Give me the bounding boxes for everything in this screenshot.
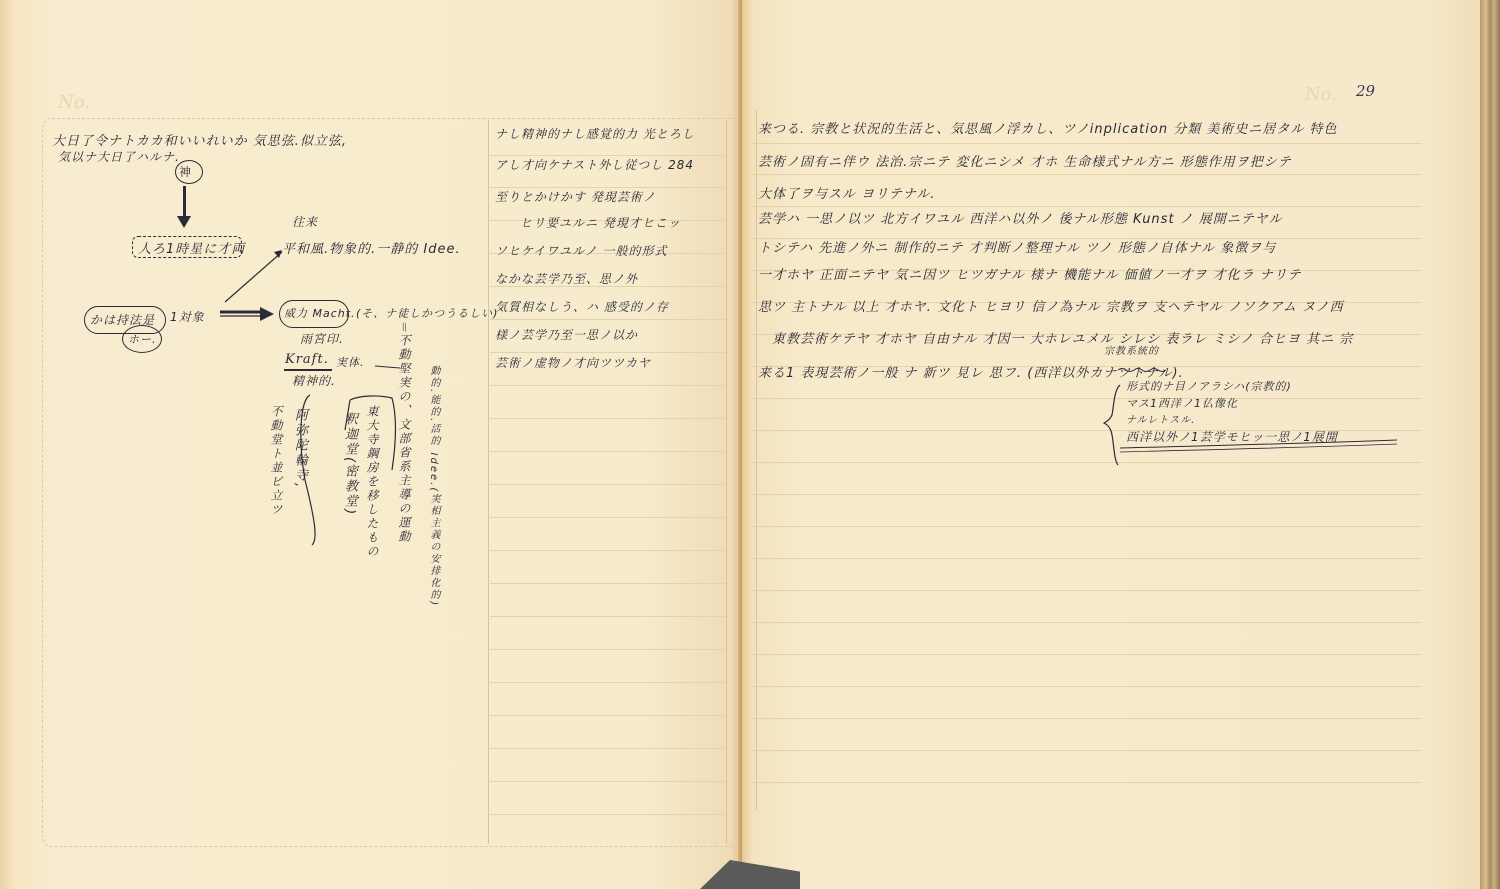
vertical-col-2: 阿弥陀輪寺, xyxy=(290,408,309,528)
left-page: No. 大日了令ナトカカ xyxy=(0,0,742,889)
open-notebook: No. 大日了令ナトカカ xyxy=(0,0,1500,889)
column-line: 様ノ芸学乃至一思ノ以か xyxy=(495,326,638,343)
kraft-sub: 精神的. xyxy=(292,372,336,389)
column-line: ヒリ要ユルニ 発現才ヒこッ xyxy=(520,214,681,231)
power-node-note: (そ、ナ徒しかつうるしい) xyxy=(356,305,498,321)
kraft-label: Kraft. xyxy=(285,352,329,367)
power-node-label: 威力 Macht. xyxy=(284,305,356,321)
kraft-suffix: 実体. xyxy=(336,354,365,370)
vertical-col-1: 不動堂ト並ビ立ツ xyxy=(268,405,285,525)
bracket-item: 形式的ナ目ノアラシハ(宗教的) xyxy=(1126,378,1292,394)
page-stack-edge xyxy=(1480,0,1500,889)
column-line: 至りとかけかす 発現芸術ノ xyxy=(495,188,656,205)
vertical-main-text: ＝不動堅実の、文部省系主導の運動 xyxy=(396,320,413,530)
vertical-col-4: 東大寺鋼房を移したもの xyxy=(364,405,381,555)
under-power-text: 雨宮印. xyxy=(300,330,344,347)
bracket-item: 西洋以外ノ1芸学モヒッ一思ノ1展開 xyxy=(1126,428,1338,445)
column-line: アし才向ケナスト外し従つし 284 xyxy=(495,156,694,173)
column-line: ナし精神的ナし感覚的力 光とろし xyxy=(495,125,695,142)
column-line: なかな芸学乃至、思ノ外 xyxy=(495,270,638,287)
vertical-col-3: 釈迦堂(密教堂) xyxy=(340,412,359,572)
vertical-right-text: 動的.能的.活的 Idee.(実相主義の安排化的) xyxy=(426,365,441,540)
column-line: 気質相なしう、ハ 感受的ノ存 xyxy=(495,298,669,315)
bracket-item: マス1西洋ノ1仏像化 xyxy=(1126,395,1238,411)
kraft-underline xyxy=(284,369,332,371)
bracket-and-underline xyxy=(742,0,1480,889)
bracket-item: ナルレトスル. xyxy=(1126,411,1195,426)
column-line: ソヒケイワユルノ 一般的形式 xyxy=(495,242,668,259)
column-line: 芸術ノ虚物ノ才向ツツカヤ xyxy=(495,354,651,371)
right-page: No. 29 来つる. 宗教と xyxy=(742,0,1480,889)
